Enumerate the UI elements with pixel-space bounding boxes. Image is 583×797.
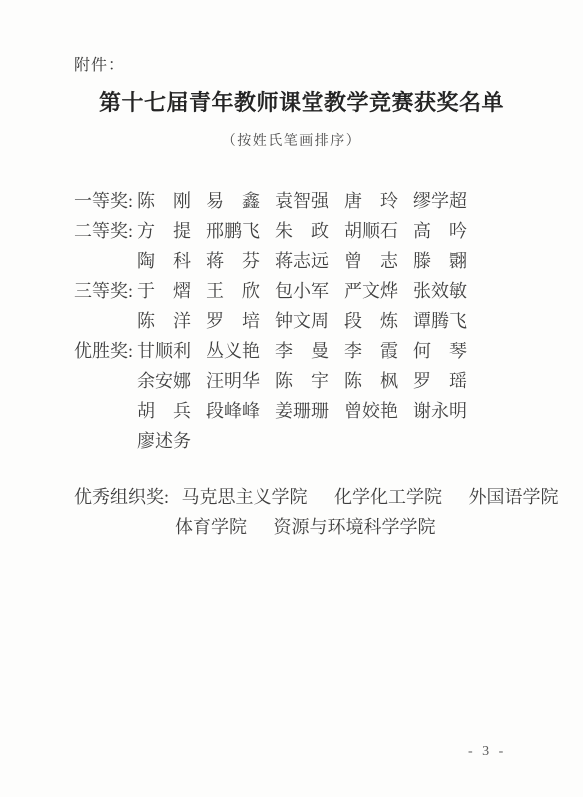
winner-name: 陈 宇	[275, 366, 329, 396]
winner-name: 包小军	[275, 276, 329, 306]
award-row: 二等奖: 方 提 邢鹏飞 朱 政 胡顺石 高 吟	[74, 216, 544, 246]
college-name: 化学化工学院	[334, 482, 442, 512]
winner-name: 谭腾飞	[413, 306, 467, 336]
winner-name: 丛义艳	[206, 336, 260, 366]
org-award-section: 优秀组织奖: 马克思主义学院 化学化工学院 外国语学院 体育学院 资源与环境科学…	[74, 482, 554, 542]
award-row: 胡 兵 段峰峰 姜珊珊 曾姣艳 谢永明	[74, 396, 544, 426]
attachment-label: 附件：	[74, 52, 125, 75]
page-title: 第十七届青年教师课堂教学竞赛获奖名单	[10, 86, 583, 117]
college-name: 资源与环境科学学院	[274, 512, 436, 542]
winner-name: 陶 科	[137, 246, 191, 276]
sort-order-note: （按姓氏笔画排序）	[0, 130, 583, 150]
winner-name: 曾 志	[344, 246, 398, 276]
college-name: 外国语学院	[469, 482, 559, 512]
award-row: 余安娜 汪明华 陈 宇 陈 枫 罗 瑶	[74, 366, 544, 396]
winner-name: 甘顺利	[137, 336, 191, 366]
winner-name: 李 霞	[344, 336, 398, 366]
document-page: 附件： 第十七届青年教师课堂教学竞赛获奖名单 （按姓氏笔画排序） 一等奖: 陈 …	[0, 0, 583, 797]
winner-name: 余安娜	[137, 366, 191, 396]
winner-name: 何 琴	[413, 336, 467, 366]
winner-name: 方 提	[137, 216, 191, 246]
award-label: 优胜奖:	[74, 336, 137, 366]
winner-name: 易 鑫	[206, 186, 260, 216]
award-label: 一等奖:	[74, 186, 137, 216]
award-label: 三等奖:	[74, 276, 137, 306]
winner-name: 陈 枫	[344, 366, 398, 396]
winner-name: 袁智强	[275, 186, 329, 216]
winner-name: 邢鹏飞	[206, 216, 260, 246]
winner-name: 缪学超	[413, 186, 467, 216]
org-award-row: 体育学院 资源与环境科学学院	[74, 512, 554, 542]
winner-name: 高 吟	[413, 216, 467, 246]
winner-name: 王 欣	[206, 276, 260, 306]
winner-name: 陈 刚	[137, 186, 191, 216]
award-row: 陶 科 蒋 芬 蒋志远 曾 志 滕 翾	[74, 246, 544, 276]
award-row: 三等奖: 于 熠 王 欣 包小军 严文烨 张效敏	[74, 276, 544, 306]
winner-name: 于 熠	[137, 276, 191, 306]
winner-name: 严文烨	[344, 276, 398, 306]
award-list: 一等奖: 陈 刚 易 鑫 袁智强 唐 玲 缪学超 二等奖: 方 提 邢鹏飞 朱 …	[74, 186, 544, 456]
winner-name: 曾姣艳	[344, 396, 398, 426]
winner-name: 钟文周	[275, 306, 329, 336]
page-number: - 3 -	[468, 744, 506, 760]
college-name: 体育学院	[175, 512, 247, 542]
winner-name: 段峰峰	[206, 396, 260, 426]
winner-name: 蒋 芬	[206, 246, 260, 276]
winner-name: 胡顺石	[344, 216, 398, 246]
winner-name: 罗 培	[206, 306, 260, 336]
winner-name: 张效敏	[413, 276, 467, 306]
winner-name: 朱 政	[275, 216, 329, 246]
org-award-row: 优秀组织奖: 马克思主义学院 化学化工学院 外国语学院	[74, 482, 554, 512]
award-row: 廖述务	[74, 426, 544, 456]
award-row: 一等奖: 陈 刚 易 鑫 袁智强 唐 玲 缪学超	[74, 186, 544, 216]
winner-name: 滕 翾	[413, 246, 467, 276]
winner-name: 廖述务	[137, 426, 191, 456]
winner-name: 蒋志远	[275, 246, 329, 276]
org-award-label: 优秀组织奖:	[74, 482, 169, 512]
winner-name: 段 炼	[344, 306, 398, 336]
winner-name: 李 曼	[275, 336, 329, 366]
award-row: 陈 洋 罗 培 钟文周 段 炼 谭腾飞	[74, 306, 544, 336]
winner-name: 姜珊珊	[275, 396, 329, 426]
award-label: 二等奖:	[74, 216, 137, 246]
college-name: 马克思主义学院	[182, 482, 308, 512]
award-row: 优胜奖: 甘顺利 丛义艳 李 曼 李 霞 何 琴	[74, 336, 544, 366]
winner-name: 胡 兵	[137, 396, 191, 426]
winner-name: 谢永明	[413, 396, 467, 426]
winner-name: 汪明华	[206, 366, 260, 396]
winner-name: 唐 玲	[344, 186, 398, 216]
winner-name: 罗 瑶	[413, 366, 467, 396]
winner-name: 陈 洋	[137, 306, 191, 336]
